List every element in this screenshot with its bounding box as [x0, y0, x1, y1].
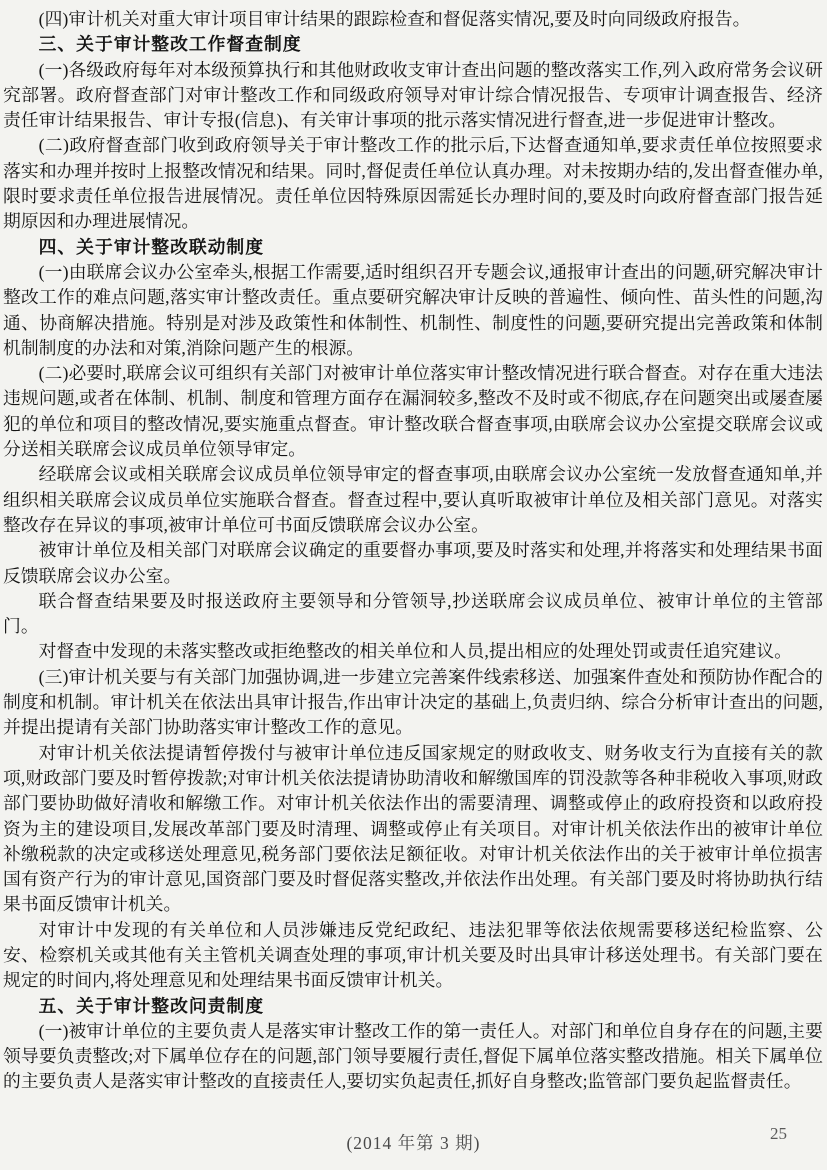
page-footer: (2014 年第 3 期) 25	[0, 1130, 827, 1156]
paragraph: 对审计中发现的有关单位和人员涉嫌违反党纪政纪、违法犯罪等依法依规需要移送纪检监察…	[3, 918, 823, 994]
paragraph: (四)审计机关对重大审计项目审计结果的跟踪检查和督促落实情况,要及时向同级政府报…	[3, 7, 823, 32]
paragraph: 联合督查结果要及时报送政府主要领导和分管领导,抄送联席会议成员单位、被审计单位的…	[3, 589, 823, 640]
document-body: (四)审计机关对重大审计项目审计结果的跟踪检查和督促落实情况,要及时向同级政府报…	[3, 7, 823, 1095]
footer-issue: (2014 年第 3 期)	[0, 1130, 827, 1155]
section-heading: 四、关于审计整改联动制度	[3, 235, 823, 260]
paragraph: 对审计机关依法提请暂停拨付与被审计单位违反国家规定的财政收支、财务收支行为直接有…	[3, 741, 823, 918]
document-page: (四)审计机关对重大审计项目审计结果的跟踪检查和督促落实情况,要及时向同级政府报…	[0, 0, 827, 1170]
paragraph: (一)各级政府每年对本级预算执行和其他财政收支审计查出问题的整改落实工作,列入政…	[3, 58, 823, 134]
page-number: 25	[770, 1124, 787, 1144]
paragraph: 经联席会议或相关联席会议成员单位领导审定的督查事项,由联席会议办公室统一发放督查…	[3, 462, 823, 538]
paragraph: (二)政府督查部门收到政府领导关于审计整改工作的批示后,下达督查通知单,要求责任…	[3, 133, 823, 234]
paragraph: (二)必要时,联席会议可组织有关部门对被审计单位落实审计整改情况进行联合督查。对…	[3, 361, 823, 462]
paragraph: 对督查中发现的未落实整改或拒绝整改的相关单位和人员,提出相应的处理处罚或责任追究…	[3, 639, 823, 664]
paragraph: (一)由联席会议办公室牵头,根据工作需要,适时组织召开专题会议,通报审计查出的问…	[3, 260, 823, 361]
section-heading: 五、关于审计整改问责制度	[3, 994, 823, 1019]
paragraph: (一)被审计单位的主要负责人是落实审计整改工作的第一责任人。对部门和单位自身存在…	[3, 1019, 823, 1095]
section-heading: 三、关于审计整改工作督查制度	[3, 32, 823, 57]
paragraph: 被审计单位及相关部门对联席会议确定的重要督办事项,要及时落实和处理,并将落实和处…	[3, 538, 823, 589]
paragraph: (三)审计机关要与有关部门加强协调,进一步建立完善案件线索移送、加强案件查处和预…	[3, 665, 823, 741]
